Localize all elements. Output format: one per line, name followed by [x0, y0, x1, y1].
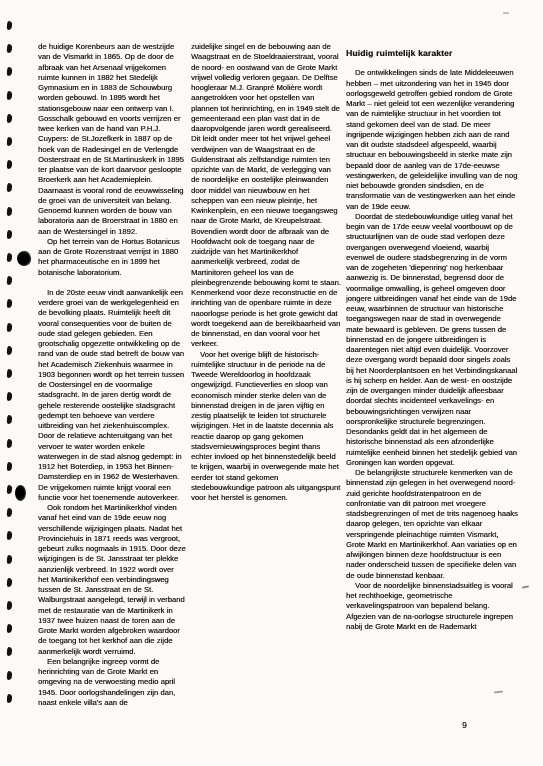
page-number: 9 [462, 720, 467, 730]
edge-mark [7, 462, 12, 471]
edge-mark [7, 206, 12, 215]
edge-mark [7, 90, 12, 99]
edge-mark [7, 578, 12, 587]
paragraph: In de 20ste eeuw vindt aanvankelijk een … [38, 288, 186, 503]
paragraph: Voor het overige blijft de historisch-ru… [191, 350, 341, 504]
edge-mark [7, 531, 12, 540]
edge-mark [7, 346, 12, 355]
paragraph: de huidige Korenbeurs aan de westzijde v… [38, 42, 186, 237]
paragraph: Op het terrein van de Hortus Botanicus a… [38, 237, 186, 278]
edge-mark [7, 392, 12, 401]
edge-mark [7, 647, 12, 656]
edge-mark [7, 485, 12, 494]
edge-mark [7, 21, 12, 30]
edge-mark [7, 670, 12, 679]
edge-mark [7, 369, 12, 378]
ink-blot [15, 485, 26, 501]
edge-mark [7, 299, 12, 308]
paragraph: Doordat de stedebouwkundige uitleg vanaf… [346, 212, 518, 468]
paragraph: De belangrijkste structurele kenmerken v… [346, 468, 518, 581]
edge-mark [7, 601, 12, 610]
document-page: de huidige Korenbeurs aan de westzijde v… [0, 0, 543, 766]
text-column-1: de huidige Korenbeurs aan de westzijde v… [38, 42, 186, 708]
edge-mark [7, 183, 12, 192]
edge-mark [7, 253, 12, 262]
edge-mark [7, 415, 12, 424]
edge-mark [7, 508, 12, 517]
edge-mark [7, 44, 12, 53]
text-column-3: Huidig ruimtelijk karakter De ontwikkeli… [346, 48, 518, 632]
paragraph: Voor de noordelijke binnenstadsuitleg is… [346, 581, 518, 632]
section-heading: Huidig ruimtelijk karakter [346, 48, 518, 58]
edge-mark [7, 624, 12, 633]
edge-mark [7, 554, 12, 563]
paragraph: zuidelijke singel en de bebouwing aan de… [191, 42, 341, 350]
edge-mark [7, 694, 12, 703]
film-edge-marks [0, 0, 20, 766]
text-column-2: zuidelijke singel en de bebouwing aan de… [191, 42, 341, 503]
edge-mark [7, 438, 12, 447]
edge-mark [7, 137, 12, 146]
scan-speck [503, 12, 509, 14]
edge-mark [7, 230, 12, 239]
edge-mark [7, 160, 12, 169]
edge-mark [7, 322, 12, 331]
edge-mark [7, 114, 12, 123]
paragraph: De ontwikkelingen sinds de late Middelee… [346, 68, 518, 212]
scan-speck [522, 585, 529, 588]
paragraph: Ook rondom het Martinikerkhof vinden van… [38, 503, 186, 657]
edge-mark [7, 67, 12, 76]
scan-speck [494, 691, 503, 694]
edge-mark [7, 276, 12, 285]
paragraph: Een belangrijke ingreep vormt de herinri… [38, 657, 186, 708]
